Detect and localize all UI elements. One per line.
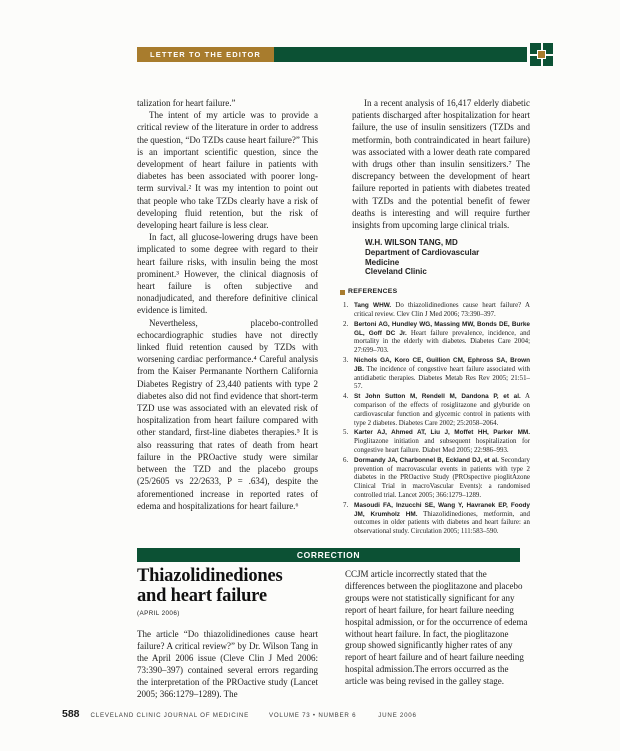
references-list: 1. Tang WHW. Do thiazolidinediones cause… (340, 302, 530, 537)
reference-number: 3. (343, 357, 348, 366)
signature-affiliation: Medicine (365, 258, 530, 268)
logo-center-square (537, 50, 546, 59)
reference-authors: Dormandy JA, Charbonnel B, Eckland DJ, e… (354, 457, 499, 464)
correction-title-line1: Thiazolidinediones (137, 566, 282, 586)
letter-paragraph: In a recent analysis of 16,417 elderly d… (352, 97, 530, 231)
reference-text: The incidence of congestive heart failur… (354, 366, 530, 391)
reference-number: 2. (343, 321, 348, 330)
correction-right-column: CCJM article incorrectly stated that the… (345, 569, 528, 688)
references-heading-label: REFERENCES (348, 286, 397, 298)
references-bullet-icon (340, 290, 345, 295)
correction-banner: CORRECTION (137, 548, 520, 562)
letter-paragraph: In fact, all glucose-lowering drugs have… (137, 231, 318, 316)
reference-number: 1. (343, 302, 348, 311)
reference-number: 7. (343, 502, 348, 511)
reference-item: 5. Karter AJ, Ahmed AT, Liu J, Moffet HH… (340, 429, 530, 455)
reference-item: 6. Dormandy JA, Charbonnel B, Eckland DJ… (340, 457, 530, 501)
reference-number: 5. (343, 429, 348, 438)
page-header: LETTER TO THE EDITOR (137, 47, 527, 62)
header-green-bar (274, 47, 527, 62)
correction-title-line2: and heart failure (137, 586, 267, 606)
letter-paragraph: The intent of my article was to provide … (137, 109, 318, 231)
reference-item: 1. Tang WHW. Do thiazolidinediones cause… (340, 302, 530, 320)
correction-issue-date: (APRIL 2006) (137, 610, 318, 617)
correction-banner-label: CORRECTION (297, 550, 360, 560)
correction-paragraph: The article “Do thiazolidinediones cause… (137, 629, 318, 700)
correction-title: Thiazolidinedionesand heart failure (137, 566, 318, 606)
reference-number: 6. (343, 457, 348, 466)
section-banner: LETTER TO THE EDITOR (137, 47, 274, 62)
footer-journal-name: CLEVELAND CLINIC JOURNAL OF MEDICINE (91, 712, 249, 719)
reference-item: 7. Masoudi FA, Inzucchi SE, Wang Y, Havr… (340, 502, 530, 537)
signature-affiliation: Department of Cardiovascular (365, 248, 530, 258)
reference-authors: Tang WHW. (354, 302, 391, 309)
reference-authors: Karter AJ, Ahmed AT, Liu J, Moffet HH, P… (354, 429, 530, 436)
page-number: 588 (62, 708, 80, 720)
letter-paragraph: Nevertheless, placebo-controlled echocar… (137, 317, 318, 512)
page-footer: 588 CLEVELAND CLINIC JOURNAL OF MEDICINE… (62, 708, 542, 720)
reference-item: 4. St John Sutton M, Rendell M, Dandona … (340, 393, 530, 428)
footer-issue-date: JUNE 2006 (378, 712, 416, 719)
letter-right-column: In a recent analysis of 16,417 elderly d… (340, 97, 530, 538)
author-signature: W.H. WILSON TANG, MD Department of Cardi… (365, 238, 530, 277)
section-banner-label: LETTER TO THE EDITOR (150, 50, 261, 59)
signature-affiliation: Cleveland Clinic (365, 267, 530, 277)
correction-paragraph: CCJM article incorrectly stated that the… (345, 569, 528, 688)
reference-number: 4. (343, 393, 348, 402)
letter-left-column: talization for heart failure.” The inten… (137, 97, 318, 512)
reference-text: Pioglitazone initiation and subsequent h… (354, 438, 530, 454)
correction-left-column: Thiazolidinedionesand heart failure (APR… (137, 566, 318, 700)
reference-item: 2. Bertoni AG, Hundley WG, Massing MW, B… (340, 321, 530, 356)
reference-item: 3. Nichols GA, Koro CE, Guillion CM, Eph… (340, 357, 530, 392)
signature-name: W.H. WILSON TANG, MD (365, 238, 530, 248)
ccjm-clover-logo-icon (530, 43, 553, 66)
footer-volume-number: VOLUME 73 • NUMBER 6 (269, 712, 356, 719)
letter-paragraph: talization for heart failure.” (137, 97, 318, 109)
journal-page: LETTER TO THE EDITOR talization for hear… (0, 0, 620, 751)
references-heading: REFERENCES (340, 286, 530, 298)
reference-authors: St John Sutton M, Rendell M, Dandona P, … (354, 393, 521, 400)
